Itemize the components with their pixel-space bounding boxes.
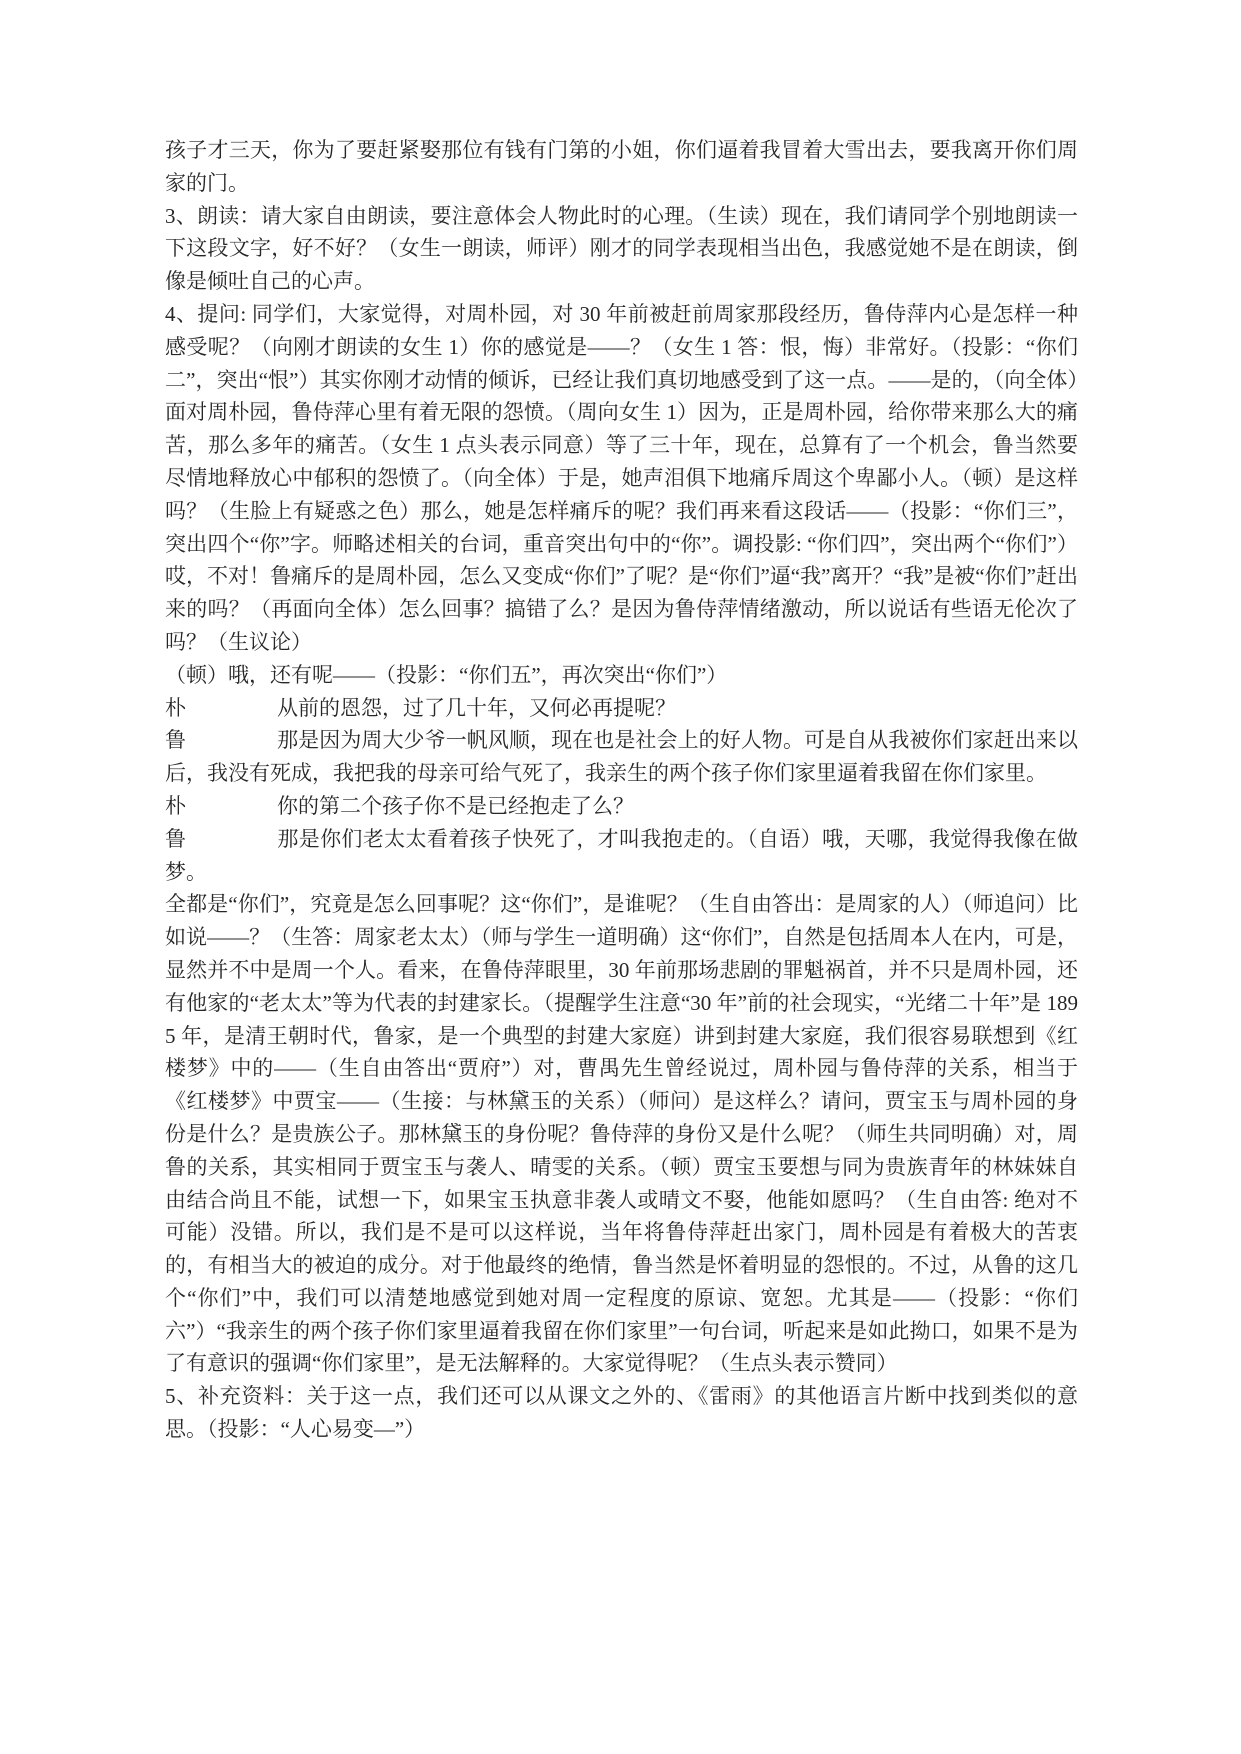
dialogue-text: 从前的恩怨，过了几十年，又何必再提呢？ [277,696,676,720]
text-block: 孩子才三天，你为了要赶紧娶那位有钱有门第的小姐，你们逼着我冒着大雪出去，要我离开… [165,134,1078,1446]
dialogue-text: 那是你们老太太看着孩子快死了，才叫我抱走的。（自语）哦，天哪，我觉得我像在做梦。 [165,827,1078,884]
paragraph-projection-five: （顿）哦，还有呢——（投影：“你们五”，再次突出“你们”） [165,659,1078,692]
dialogue-line-pu-2: 朴你的第二个孩子你不是已经抱走了么？ [165,790,1078,823]
paragraph-section-5-supplement: 5、补充资料：关于这一点，我们还可以从课文之外的、《雷雨》的其他语言片断中找到类… [165,1380,1078,1446]
speaker-label: 朴 [165,692,277,725]
paragraph-section-4-question: 4、提问: 同学们，大家觉得，对周朴园，对 30 年前被赶前周家那段经历，鲁侍萍… [165,298,1078,659]
speaker-label: 朴 [165,790,277,823]
document-page: 孩子才三天，你为了要赶紧娶那位有钱有门第的小姐，你们逼着我冒着大雪出去，要我离开… [0,0,1241,1754]
dialogue-line-lu-2: 鲁那是你们老太太看着孩子快死了，才叫我抱走的。（自语）哦，天哪，我觉得我像在做梦… [165,823,1078,889]
speaker-label: 鲁 [165,823,277,856]
paragraph-quote-continuation: 孩子才三天，你为了要赶紧娶那位有钱有门第的小姐，你们逼着我冒着大雪出去，要我离开… [165,134,1078,200]
dialogue-line-lu-1: 鲁那是因为周大少爷一帆风顺，现在也是社会上的好人物。可是自从我被你们家赶出来以后… [165,724,1078,790]
dialogue-text: 那是因为周大少爷一帆风顺，现在也是社会上的好人物。可是自从我被你们家赶出来以后，… [165,728,1078,785]
dialogue-line-pu-1: 朴从前的恩怨，过了几十年，又何必再提呢？ [165,692,1078,725]
speaker-label: 鲁 [165,724,277,757]
paragraph-analysis-nimen: 全都是“你们”，究竟是怎么回事呢？这“你们”，是谁呢？（生自由答出：是周家的人）… [165,888,1078,1380]
dialogue-text: 你的第二个孩子你不是已经抱走了么？ [277,794,634,818]
paragraph-section-3-reading: 3、朗读：请大家自由朗读，要注意体会人物此时的心理。（生读）现在，我们请同学个别… [165,200,1078,298]
